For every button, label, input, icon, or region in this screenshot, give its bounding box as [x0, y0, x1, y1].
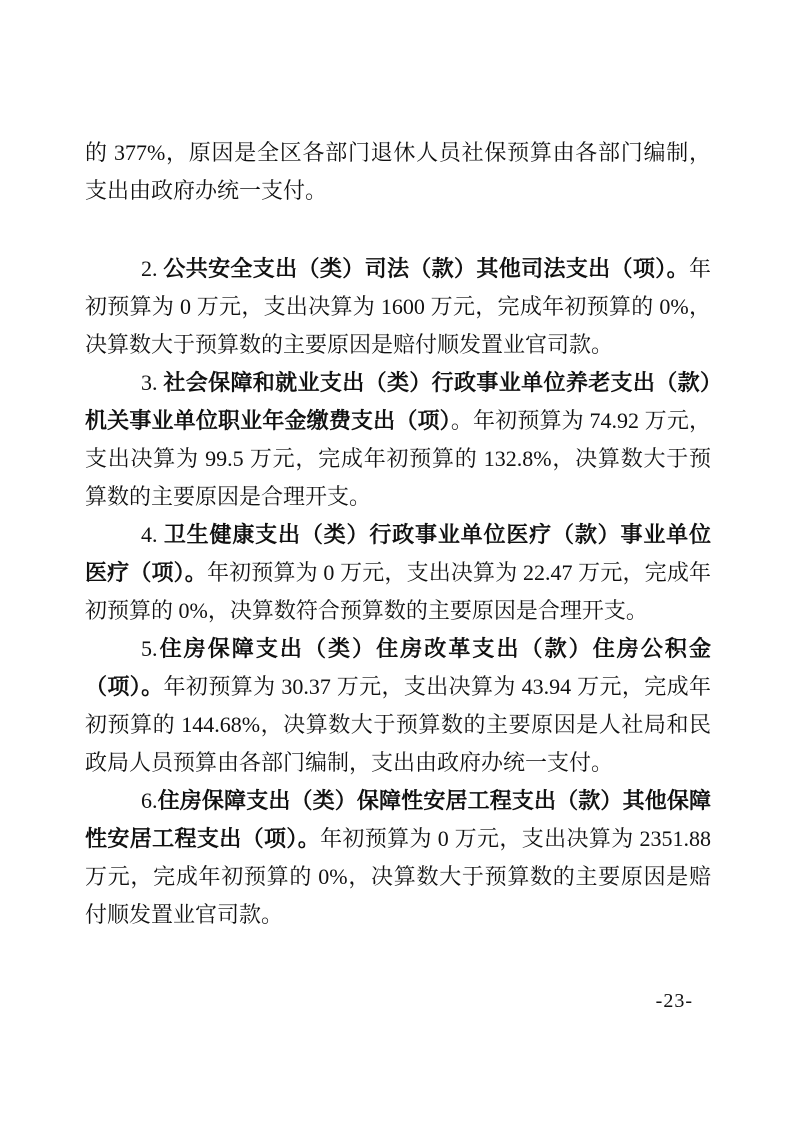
item-number: 6. — [141, 788, 158, 813]
paragraph-item-6: 6.住房保障支出（类）保障性安居工程支出（款）其他保障性安居工程支出（项）。年初… — [85, 782, 711, 934]
item-number: 4. — [141, 522, 164, 547]
item-number: 5. — [141, 636, 158, 661]
item-number: 3. — [141, 370, 163, 395]
item-number: 2. — [141, 256, 163, 281]
item-heading: 公共安全支出（类）司法（款）其他司法支出（项）。 — [163, 256, 689, 281]
document-body: 的 377%，原因是全区各部门退休人员社保预算由各部门编制，支出由政府办统一支付… — [85, 134, 711, 934]
paragraph-text: 的 377%，原因是全区各部门退休人员社保预算由各部门编制，支出由政府办统一支付… — [85, 140, 711, 203]
paragraph-item-3: 3. 社会保障和就业支出（类）行政事业单位养老支出（款）机关事业单位职业年金缴费… — [85, 364, 711, 516]
page-number: -23- — [656, 990, 693, 1013]
paragraph-item-5: 5.住房保障支出（类）住房改革支出（款）住房公积金（项）。年初预算为 30.37… — [85, 630, 711, 782]
paragraph-item-2: 2. 公共安全支出（类）司法（款）其他司法支出（项）。年初预算为 0 万元，支出… — [85, 250, 711, 364]
paragraph-item-4: 4. 卫生健康支出（类）行政事业单位医疗（款）事业单位医疗（项）。年初预算为 0… — [85, 516, 711, 630]
document-page: 的 377%，原因是全区各部门退休人员社保预算由各部门编制，支出由政府办统一支付… — [0, 0, 793, 1122]
paragraph-continuation: 的 377%，原因是全区各部门退休人员社保预算由各部门编制，支出由政府办统一支付… — [85, 134, 711, 210]
item-body-text: 年初预算为 30.37 万元，支出决算为 43.94 万元，完成年初预算的 14… — [85, 674, 711, 775]
